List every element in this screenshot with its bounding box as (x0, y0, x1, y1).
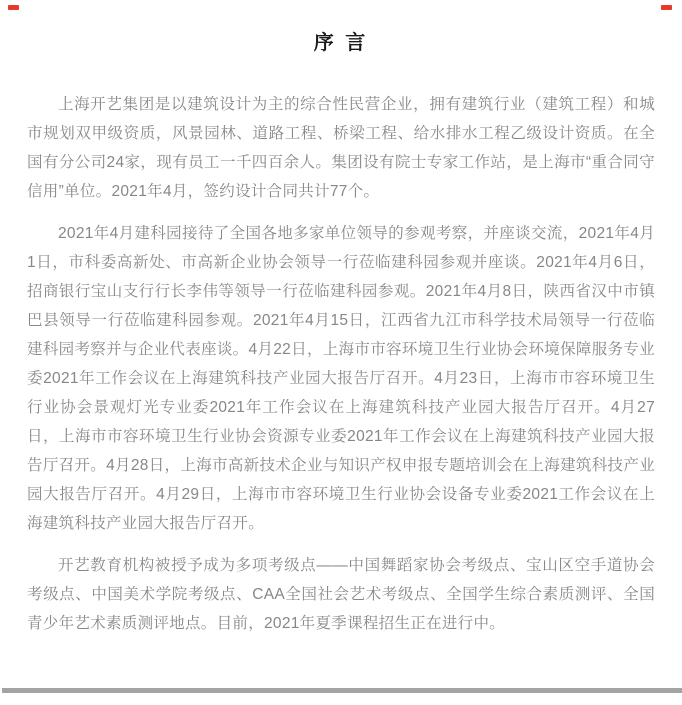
paragraph-education-programs: 开艺教育机构被授予成为多项考级点——中国舞蹈家协会考级点、宝山区空手道协会考级点… (27, 551, 655, 638)
paragraph-april-events: 2021年4月建科园接待了全国各地多家单位领导的参观考察，并座谈交流，2021年… (27, 219, 655, 538)
document-page: 序 言 上海开艺集团是以建筑设计为主的综合性民营企业，拥有建筑行业（建筑工程）和… (0, 0, 682, 705)
page-title: 序 言 (0, 0, 682, 55)
horizontal-scrollbar[interactable] (2, 688, 682, 693)
paragraph-company-intro: 上海开艺集团是以建筑设计为主的综合性民营企业，拥有建筑行业（建筑工程）和城市规划… (27, 90, 655, 206)
red-corner-mark-left-icon (8, 5, 19, 10)
document-body: 上海开艺集团是以建筑设计为主的综合性民营企业，拥有建筑行业（建筑工程）和城市规划… (0, 90, 682, 638)
red-corner-mark-right-icon (661, 5, 672, 10)
